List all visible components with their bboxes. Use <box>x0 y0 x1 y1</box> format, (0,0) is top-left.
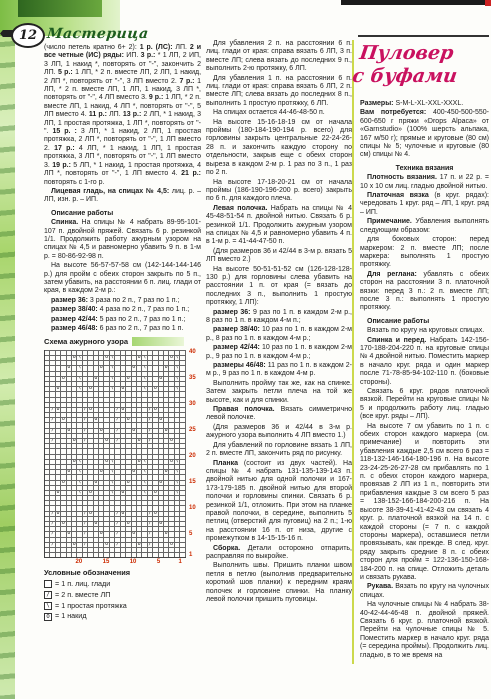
knitting-chart-grid: 40O\O\O\O\O\O\O\O\O\O\O\O\35O\O\O\O\30/O… <box>44 350 186 559</box>
paragraph: Описание работы <box>44 210 201 218</box>
paragraph: Плотность вязания. 17 п. и 22 р. = 10 х … <box>360 174 489 191</box>
paragraph: Платочная вязка (в круг. рядах): чередов… <box>360 192 489 217</box>
paragraph: размер 46/48: 6 раз по 2 п., 7 раз по 1 … <box>44 325 201 333</box>
paragraph: Для убавления 1 п. на расстоянии 6 п. ли… <box>206 75 352 109</box>
paragraph: размер 38/40: 4 раза по 2 п., 7 раз по 1… <box>44 306 201 314</box>
top-black-bar <box>341 0 491 5</box>
paragraph: На высоте 17-18-20-21 см от начала пройм… <box>206 179 352 204</box>
chart-row <box>45 552 186 557</box>
column-divider <box>352 40 354 664</box>
paragraph: Связать 6 круг. рядов платочной вязкой. … <box>360 388 489 422</box>
paragraph: размер 42/44: 10 раз по 1 п. в каждом 2-… <box>206 344 352 361</box>
chart-row-label: 20 <box>189 453 196 459</box>
legend-label: = 1 накид <box>55 612 87 620</box>
chart-col-label: 1 <box>179 559 182 565</box>
paragraph: (Для размеров 36 и 42/44 в 3-м р. ажурно… <box>206 424 352 441</box>
top-green-band-dark <box>18 0 102 17</box>
paragraph: Размеры: S-M-L-XL-XXL-XXXL. <box>360 100 489 108</box>
paragraph: размер 42/44: 5 раз по 2 п., 7 раз по 1 … <box>44 316 201 324</box>
paragraph: Примечание. Убавления выполнять следующи… <box>360 218 489 235</box>
schema-title: Схема ажурного узора <box>44 337 201 346</box>
paragraph: Выполнить швы. Пришить планки швом петля… <box>206 562 352 604</box>
top-corner-red-mark <box>485 0 491 6</box>
paragraph: Для убавления 2 п. на расстоянии 6 п. ли… <box>206 40 352 74</box>
paragraph: Сборка. Детали осторожно отпарить, распр… <box>206 545 352 562</box>
legend-title: Условные обозначения <box>44 569 201 577</box>
paragraph: Левая полочка. Набрать на спицы № 4 45-4… <box>206 205 352 247</box>
article-title: Пуловер с буфами <box>355 42 491 88</box>
chart-row-label: 30 <box>189 401 196 407</box>
left-column: (число петель кратно 6+ 2): 1 р. (ЛС): Л… <box>44 44 201 623</box>
legend-knit-icon <box>44 580 52 588</box>
paragraph: Выполнить пройму так же, как на спинке. … <box>206 380 352 405</box>
chart-col-label: 15 <box>103 559 110 565</box>
paragraph: На высоте 7 см убавить по 1 п. с обеих с… <box>360 423 489 583</box>
paragraph: Описание работы <box>360 318 489 326</box>
legend-item: O= 1 накид <box>44 612 201 620</box>
paragraph: На высоте 15-16-18-19 см от начала пройм… <box>206 119 352 178</box>
right-column: Размеры: S-M-L-XL-XXL-XXXL.Вам потребует… <box>360 100 489 661</box>
paragraph: На высоте 56-57-57-58 см (142-144-144-14… <box>44 262 201 296</box>
paragraph: Техника вязания <box>360 165 489 173</box>
paragraph: (число петель кратно 6+ 2): 1 р. (ЛС): Л… <box>44 44 201 187</box>
paragraph: Для убавлений по горловине вязать 1 ЛП, … <box>206 442 352 459</box>
paragraph: размеры 46/48: 11 раз по 1 п. в каждом 2… <box>206 362 352 379</box>
legend-ssk-icon: \ <box>44 602 52 610</box>
stitch-knit <box>180 552 185 557</box>
legend-label: = 1 простая протяжка <box>55 602 127 610</box>
chart-row-label: 5 <box>189 531 192 537</box>
article-title-line2: с буфами <box>351 65 490 88</box>
paragraph: Лицевая гладь, на спицах № 4,5: лиц. р. … <box>44 188 201 205</box>
paragraph: Спинка. На спицы № 4 набрать 89-95-101-1… <box>44 219 201 261</box>
paragraph: размер 38/40: 10 раз по 1 п. в каждом 2-… <box>206 326 352 343</box>
chart-col-label: 20 <box>76 559 83 565</box>
paragraph: Рукава. Вязать по кругу на чулочных спиц… <box>360 583 489 600</box>
chart-row-label: 35 <box>189 375 196 381</box>
legend-item: /= 2 п. вместе ЛП <box>44 591 201 599</box>
paragraph: Для реглана: убавлять с обеих сторон на … <box>360 271 489 313</box>
chart-col-label: 10 <box>130 559 137 565</box>
paragraph: Правая полочка. Вязать симметрично левой… <box>206 406 352 423</box>
paragraph: Спинка и перед. Набрать 142-156-170-188-… <box>360 337 489 387</box>
right-column-text: Размеры: S-M-L-XL-XXL-XXXL.Вам потребует… <box>360 100 489 660</box>
paragraph: для боковых сторон: перед маркером: 2 п.… <box>360 236 489 270</box>
paragraph: Планка (состоит из двух частей). На спиц… <box>206 460 352 544</box>
legend-item: = 1 п. лиц. глади <box>44 580 201 588</box>
article-title-line1: Пуловер <box>358 42 491 65</box>
schema-title-swatch <box>132 337 184 346</box>
legend-items: = 1 п. лиц. глади/= 2 п. вместе ЛП\= 1 п… <box>44 580 201 621</box>
legend-item: \= 1 простая протяжка <box>44 602 201 610</box>
chart-row-label: 40 <box>189 349 196 355</box>
paragraph: Вам потребуется: 400-450-500-550-600-650… <box>360 109 489 159</box>
left-column-text: (число петель кратно 6+ 2): 1 р. (ЛС): Л… <box>44 44 201 333</box>
paragraph: Вязать по кругу на круговых спицах. <box>360 327 489 335</box>
left-green-border <box>0 0 15 699</box>
legend-label: = 2 п. вместе ЛП <box>55 591 110 599</box>
chart-row-label: 1 <box>189 552 192 558</box>
paragraph: На спицах остается 44-46-48-50 п. <box>206 109 352 117</box>
paragraph: размер 36: 9 раз по 1 п. в каждом 2-м р.… <box>206 309 352 326</box>
legend-k2tog-icon: / <box>44 591 52 599</box>
page-number: 12 <box>11 23 45 48</box>
chart-row-label: 10 <box>189 505 196 511</box>
chart-legend: Условные обозначения = 1 п. лиц. глади/=… <box>44 569 201 621</box>
right-column-rule <box>358 35 489 37</box>
chart-col-label: 5 <box>157 559 160 565</box>
chart-row-label: 25 <box>189 427 196 433</box>
lace-pattern-schema: Схема ажурного узора 40O\O\O\O\O\O\O\O\O… <box>44 337 201 620</box>
legend-yarnover-icon: O <box>44 613 52 621</box>
magazine-brand: Мастерица <box>46 26 149 42</box>
paragraph: размер 36: 3 раза по 2 п., 7 раз по 1 п.… <box>44 297 201 305</box>
paragraph: (Для размеров 36 и 42/44 в 3-м р. вязать… <box>206 248 352 265</box>
legend-label: = 1 п. лиц. глади <box>55 580 110 588</box>
paragraph: На высоте 50-51-51-52 см (126-128-128-13… <box>206 266 352 308</box>
middle-column: Для убавления 2 п. на расстоянии 6 п. ли… <box>206 40 352 605</box>
middle-column-text: Для убавления 2 п. на расстоянии 6 п. ли… <box>206 40 352 604</box>
chart-row-label: 15 <box>189 479 196 485</box>
chart-bottom-labels: 20151051 <box>44 558 185 566</box>
paragraph: На чулочные спицы № 4 набрать 38-40-42-4… <box>360 601 489 660</box>
